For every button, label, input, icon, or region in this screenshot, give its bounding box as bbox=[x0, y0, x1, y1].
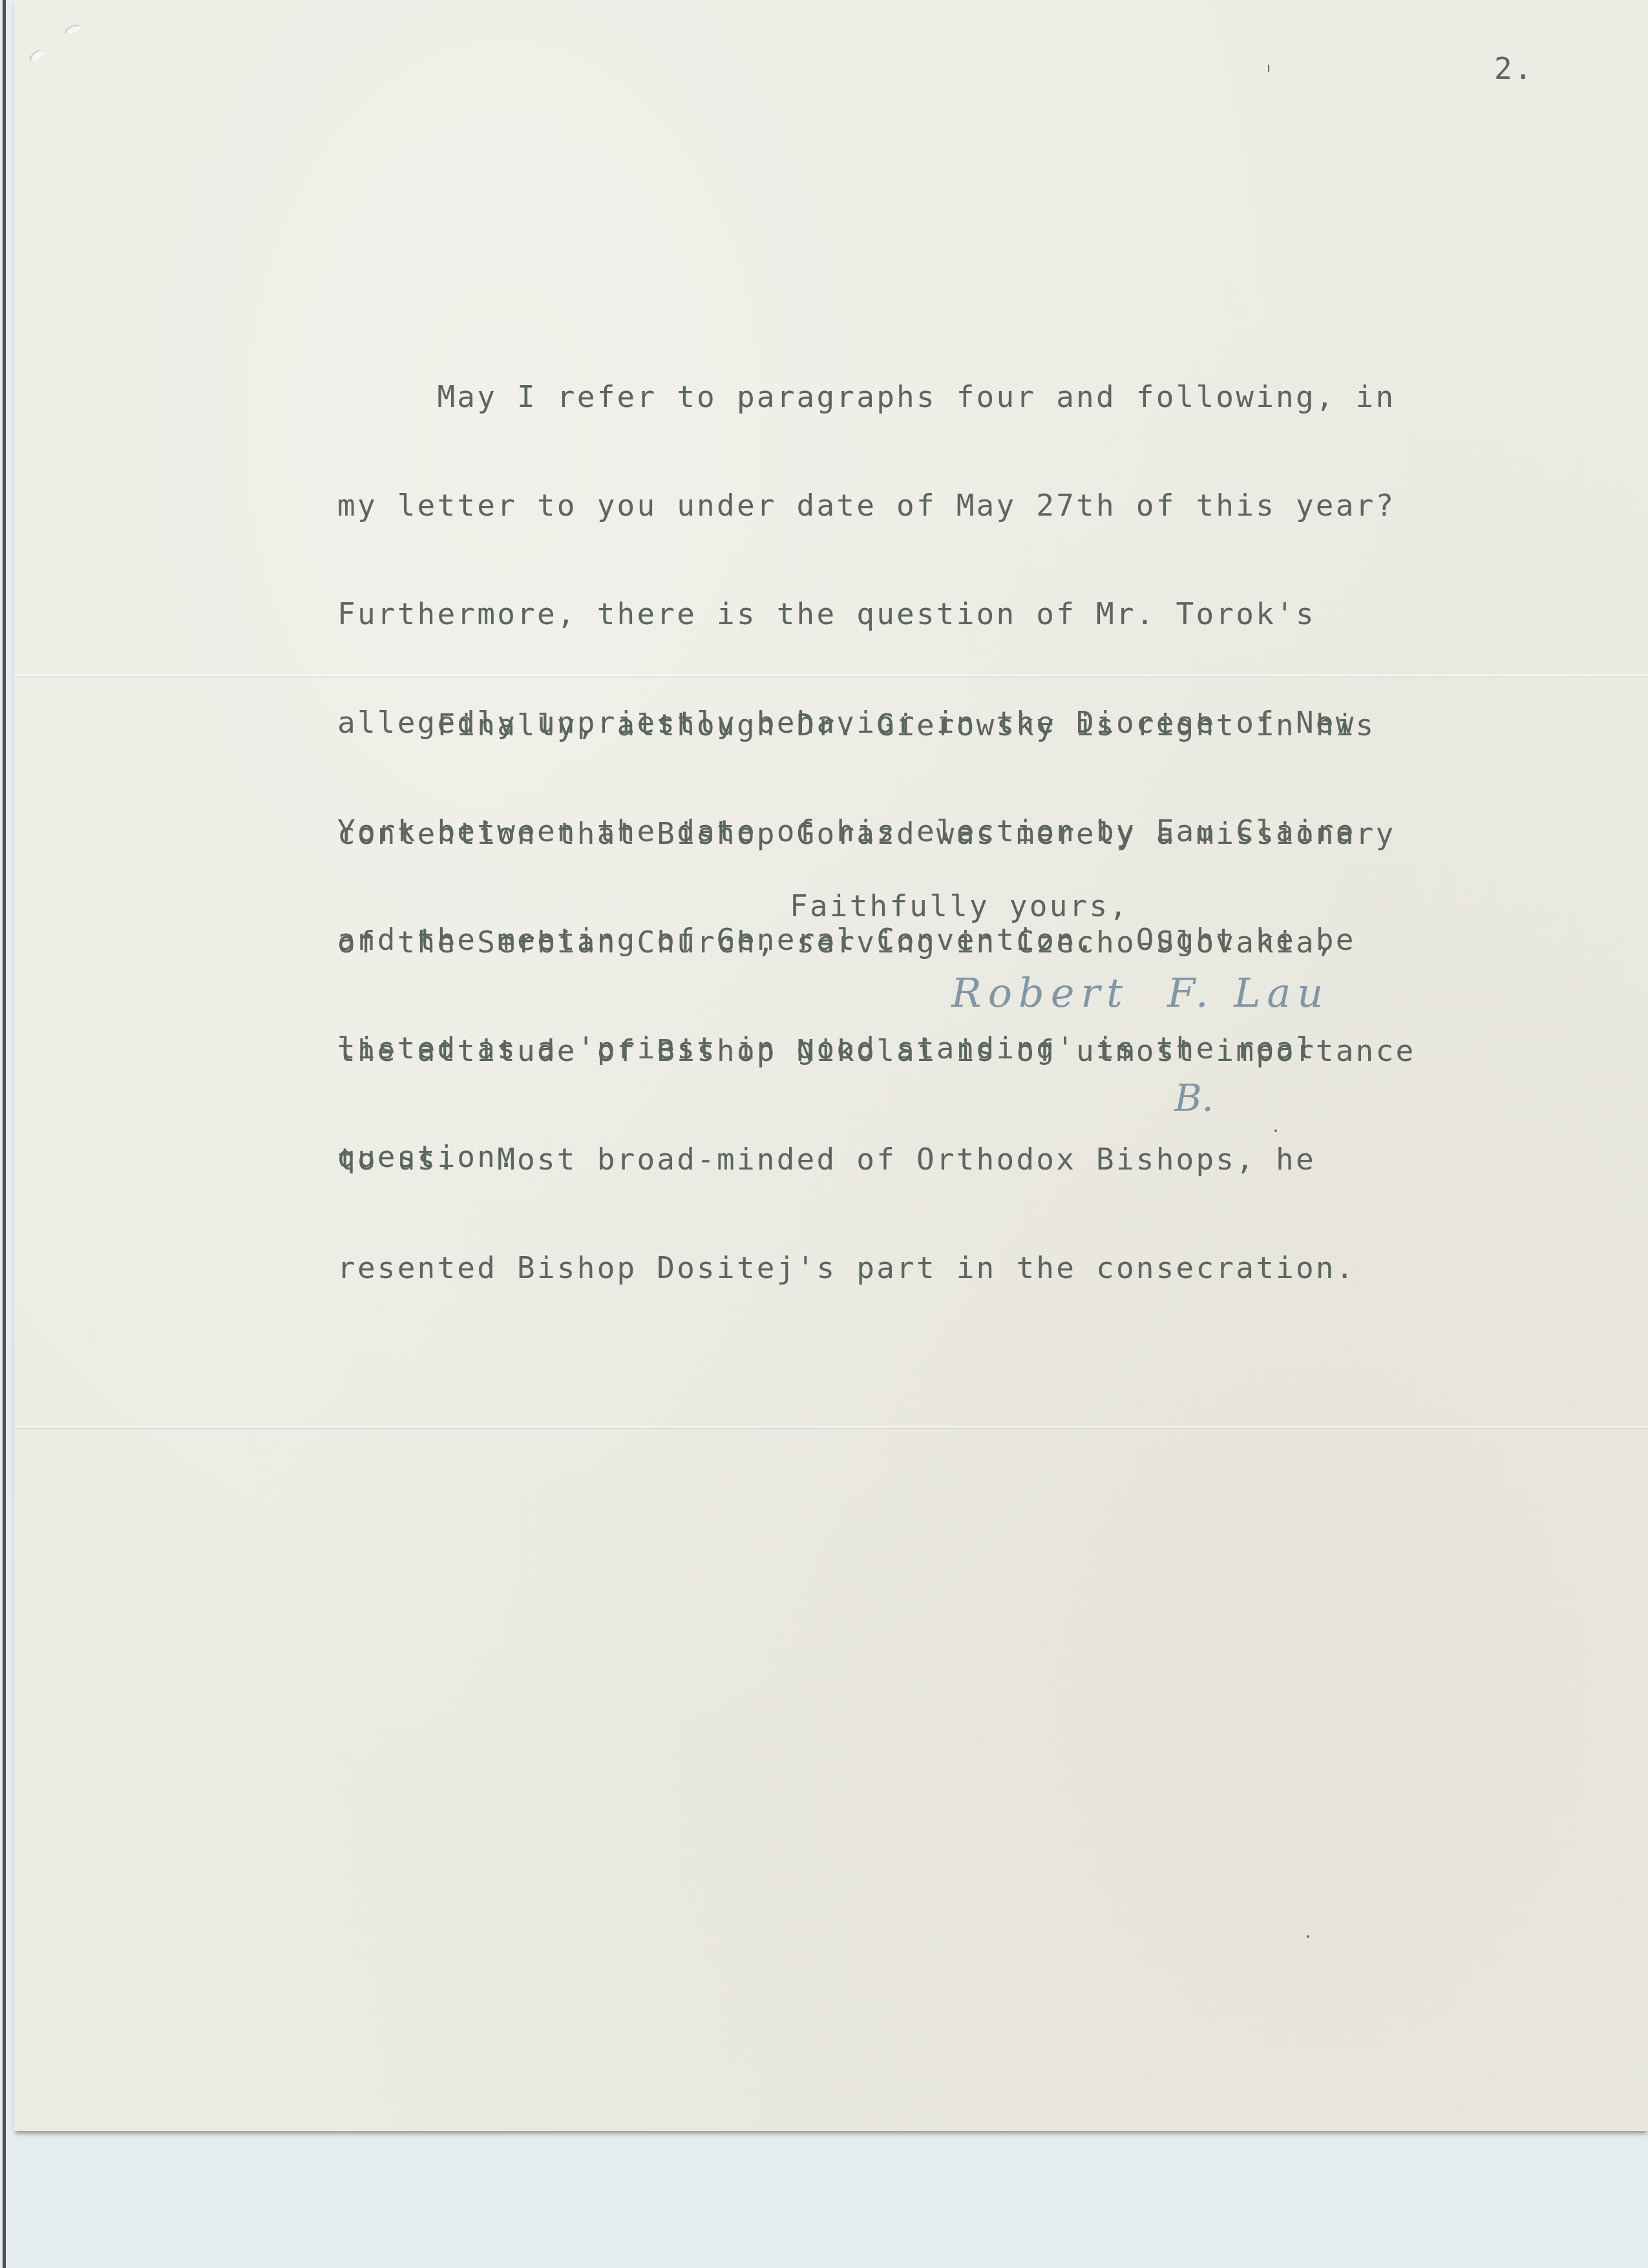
text-line: my letter to you under date of May 27th … bbox=[337, 487, 1395, 523]
text-line: resented Bishop Dositej's part in the co… bbox=[337, 1250, 1415, 1286]
text-line: Finally, although Dr. Gierowsky is right… bbox=[337, 707, 1415, 743]
paper-fold-crease bbox=[14, 1425, 1648, 1429]
text-line: contention that Bishop Gorazd was merely… bbox=[337, 815, 1415, 852]
text-line: to us. Most broad-minded of Orthodox Bis… bbox=[337, 1141, 1415, 1177]
paper-speck bbox=[1307, 1935, 1309, 1938]
scanner-edge bbox=[3, 0, 6, 2268]
page-number: 2. bbox=[1494, 50, 1534, 87]
paper-speck bbox=[1274, 1129, 1277, 1132]
text-line: of the Serbian Church, serving in Czecho… bbox=[337, 924, 1415, 960]
text-line: Furthermore, there is the question of Mr… bbox=[337, 596, 1395, 632]
paper-speck bbox=[1268, 65, 1269, 72]
handwritten-signature: Robert F. Lau bbox=[951, 969, 1329, 1016]
handwritten-initial: B. bbox=[1174, 1076, 1214, 1120]
text-line: the attitude of Bishop Nikolai is of utm… bbox=[337, 1033, 1415, 1069]
staple-hole bbox=[64, 23, 83, 36]
text-line: May I refer to paragraphs four and follo… bbox=[337, 379, 1395, 415]
staple-hole bbox=[28, 48, 46, 64]
letter-page: 2. May I refer to paragraphs four and fo… bbox=[14, 0, 1648, 2131]
closing-salutation: Faithfully yours, bbox=[790, 888, 1129, 924]
